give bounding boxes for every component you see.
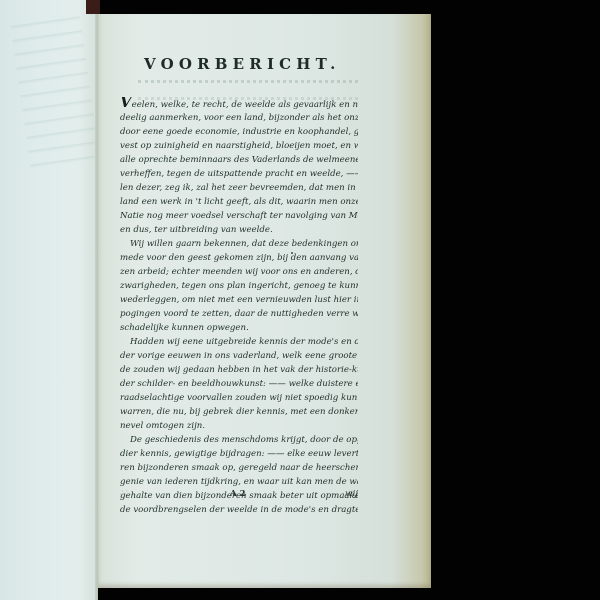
text-line: land een werk in 't licht geeft, als dit… xyxy=(120,195,358,209)
show-through-text xyxy=(9,6,101,174)
right-page-recto: VOORBERICHT. Veelen, welke, te recht, de… xyxy=(98,14,431,588)
text-line: door eene goede economie, industrie en k… xyxy=(120,125,358,139)
text-line: en dus, ter uitbreiding van weelde. xyxy=(120,223,358,237)
binding-gap xyxy=(86,0,100,14)
text-line: schadelijke kunnen opwegen. xyxy=(120,321,358,335)
text-line: der vorige eeuwen in ons vaderland, welk… xyxy=(120,349,358,363)
text-line: dier kennis, gewigtige bijdragen: —— elk… xyxy=(120,447,358,461)
faint-mark: ∴∴ xyxy=(120,489,129,497)
page-footer: ∴∴ A 2 wij xyxy=(120,489,358,503)
text-line: Wij willen gaarn bekennen, dat deze bede… xyxy=(120,237,358,251)
body-text: Veelen, welke, te recht, de weelde als g… xyxy=(120,97,358,517)
text-line: zwarigheden, tegen ons plan ingericht, g… xyxy=(120,279,358,293)
text-line: len dezer, zeg ik, zal het zeer bevreemd… xyxy=(120,181,358,195)
text-line: Natie nog meer voedsel verschaft ter nav… xyxy=(120,209,358,223)
text-line: mede voor den geest gekomen zijn, bij de… xyxy=(120,251,358,265)
text-line: pogingen voord te zetten, daar de nuttig… xyxy=(120,307,358,321)
text-line: genie van iederen tijdkring, en waar uit… xyxy=(120,475,358,489)
text-line: ren bijzonderen smaak op, geregeld naar … xyxy=(120,461,358,475)
text-line: vest op zuinigheid en naarstigheid, bloe… xyxy=(120,139,358,153)
text-line: der schilder- en beeldhouwkunst: —— welk… xyxy=(120,377,358,391)
text-line: De geschiedenis des menschdoms krijgt, d… xyxy=(120,433,358,447)
paper-speck xyxy=(291,252,293,254)
text-line: zen arbeid; echter meenden wij voor ons … xyxy=(120,265,358,279)
signature-mark: A 2 xyxy=(230,489,246,499)
text-line: Hadden wij eene uitgebreide kennis der m… xyxy=(120,335,358,349)
text-line: nevel omtogen zijn. xyxy=(120,419,358,433)
left-page-verso xyxy=(0,0,98,600)
text-line: deelig aanmerken, voor een land, bijzond… xyxy=(120,111,358,125)
text-line: verheffen, tegen de uitspattende pracht … xyxy=(120,167,358,181)
catchword: wij xyxy=(345,489,358,499)
text-line: de voordbrengselen der weelde in de mode… xyxy=(120,503,358,517)
text-line: warren, die nu, bij gebrek dier kennis, … xyxy=(120,405,358,419)
page-title: VOORBERICHT. xyxy=(144,55,340,73)
drop-cap: V xyxy=(120,97,132,111)
text-line: de zouden wij gedaan hebben in het vak d… xyxy=(120,363,358,377)
text-line: wederleggen, om niet met een vernieuwden… xyxy=(120,293,358,307)
text-line: raadselachtige voorvallen zouden wij nie… xyxy=(120,391,358,405)
text-line: alle oprechte beminnaars des Vaderlands … xyxy=(120,153,358,167)
text-line: Veelen, welke, te recht, de weelde als g… xyxy=(120,97,358,111)
